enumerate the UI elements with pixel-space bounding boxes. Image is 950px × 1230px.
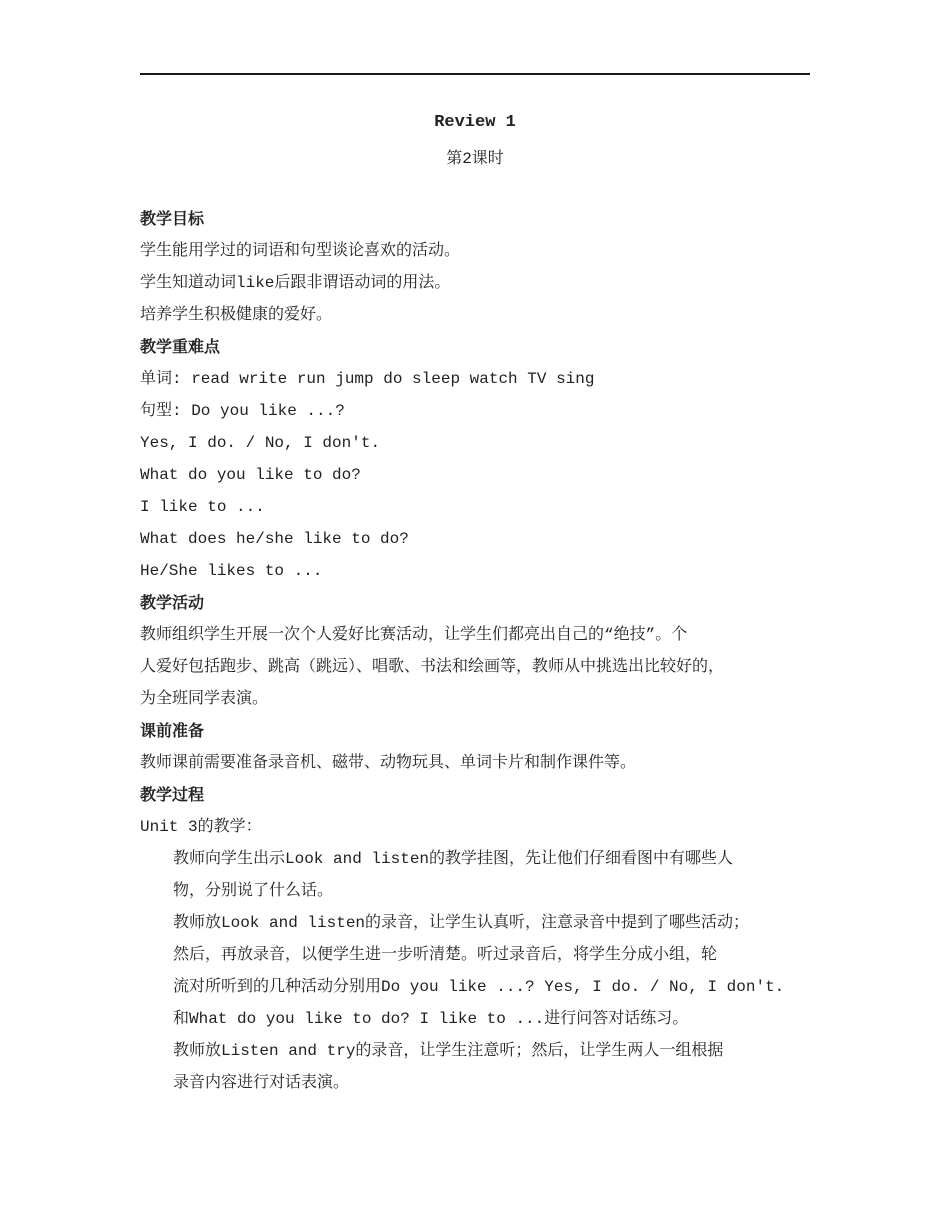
- activity-line: 人爱好包括跑步、跳高（跳远）、唱歌、书法和绘画等，教师从中挑选出比较好的，: [140, 657, 724, 677]
- objectives-heading: 教学目标: [140, 209, 204, 229]
- process-heading: 教学过程: [140, 785, 204, 805]
- process-line: 教师放Look and listen的录音，让学生认真听，注意录音中提到了哪些活…: [173, 913, 749, 933]
- process-line: 物，分别说了什么话。: [173, 881, 333, 901]
- process-line: 录音内容进行对话表演。: [173, 1073, 349, 1093]
- document-title: Review 1: [0, 113, 950, 132]
- process-line: 流对所听到的几种活动分别用Do you like ...? Yes, I do.…: [173, 977, 784, 997]
- key-point-line: I like to ...: [140, 497, 265, 517]
- objective-line: 培养学生积极健康的爱好。: [140, 305, 332, 325]
- process-line: 教师放Listen and try的录音，让学生注意听；然后，让学生两人一组根据: [173, 1041, 723, 1061]
- preparation-heading: 课前准备: [140, 721, 204, 741]
- key-point-line: 句型: Do you like ...?: [140, 401, 345, 421]
- key-point-line: He/She likes to ...: [140, 561, 322, 581]
- activities-heading: 教学活动: [140, 593, 204, 613]
- key-point-line: Yes, I do. / No, I don't.: [140, 433, 380, 453]
- document-subtitle: 第2课时: [0, 145, 950, 168]
- process-line: 教师向学生出示Look and listen的教学挂图，先让他们仔细看图中有哪些…: [173, 849, 733, 869]
- key-point-line: 单词: read write run jump do sleep watch T…: [140, 369, 594, 389]
- key-point-line: What does he/she like to do?: [140, 529, 409, 549]
- objective-line: 学生能用学过的词语和句型谈论喜欢的活动。: [140, 241, 460, 261]
- header-rule: [140, 73, 810, 75]
- preparation-line: 教师课前需要准备录音机、磁带、动物玩具、单词卡片和制作课件等。: [140, 753, 636, 773]
- process-line: 和What do you like to do? I like to ...进行…: [173, 1009, 688, 1029]
- activity-line: 为全班同学表演。: [140, 689, 268, 709]
- objective-line: 学生知道动词like后跟非谓语动词的用法。: [140, 273, 450, 293]
- process-intro: Unit 3的教学：: [140, 817, 262, 837]
- key-point-line: What do you like to do?: [140, 465, 361, 485]
- key-points-heading: 教学重难点: [140, 337, 220, 357]
- process-line: 然后，再放录音，以便学生进一步听清楚。听过录音后，将学生分成小组，轮: [173, 945, 717, 965]
- activity-line: 教师组织学生开展一次个人爱好比赛活动，让学生们都亮出自己的“绝技”。个: [140, 625, 687, 645]
